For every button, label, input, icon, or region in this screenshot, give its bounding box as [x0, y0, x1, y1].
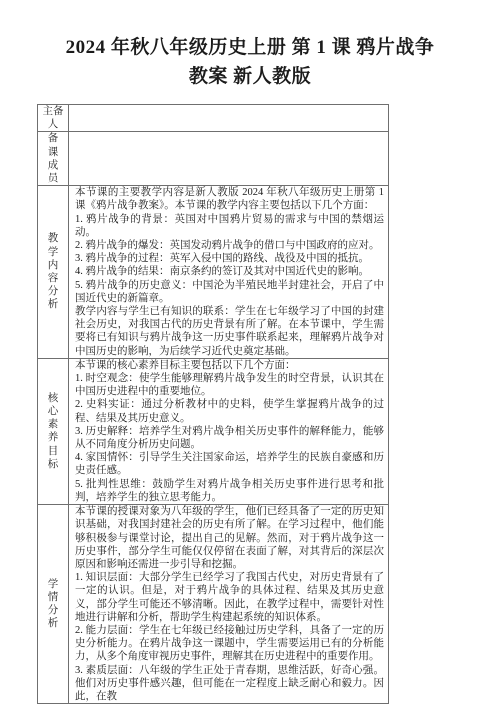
cell-teaching-content-analysis: 本节课的主要教学内容是新人教版 2024 年秋八年级历史上册第 1 课《鸦片战争… — [69, 186, 389, 359]
page-title: 2024 年秋八年级历史上册 第 1 课 鸦片战争 教案 新人教版 — [0, 33, 500, 91]
table-row: 备 课 成 员 — [38, 132, 389, 186]
row-label-lead-preparer: 主备 人 — [38, 105, 69, 132]
table-row: 教 学 内 容 分 析 本节课的主要教学内容是新人教版 2024 年秋八年级历史… — [38, 186, 389, 359]
row-label-core-competency-goals: 核 心 素 养 目 标 — [38, 358, 69, 504]
table-row: 学 情 分 析 本节课的授课对象为八年级的学生，他们已经具备了一定的历史知识基础… — [38, 505, 389, 704]
document-page: 2024 年秋八年级历史上册 第 1 课 鸦片战争 教案 新人教版 主备 人 备… — [0, 0, 500, 707]
cell-learner-analysis: 本节课的授课对象为八年级的学生，他们已经具备了一定的历史知识基础，对我国封建社会… — [69, 505, 389, 704]
cell-lead-preparer — [69, 105, 389, 132]
row-label-learner-analysis: 学 情 分 析 — [38, 505, 69, 704]
cell-prep-team-members — [69, 132, 389, 186]
table-row: 主备 人 — [38, 105, 389, 132]
lesson-plan-table: 主备 人 备 课 成 员 教 学 内 容 分 析 本节课的主要教学内容是新人教版… — [37, 104, 389, 704]
row-label-teaching-content-analysis: 教 学 内 容 分 析 — [38, 186, 69, 359]
cell-core-competency-goals: 本节课的核心素养目标主要包括以下几个方面： 1. 时空观念：使学生能够理解鸦片战… — [69, 358, 389, 504]
row-label-prep-team-members: 备 课 成 员 — [38, 132, 69, 186]
table-row: 核 心 素 养 目 标 本节课的核心素养目标主要包括以下几个方面： 1. 时空观… — [38, 358, 389, 504]
